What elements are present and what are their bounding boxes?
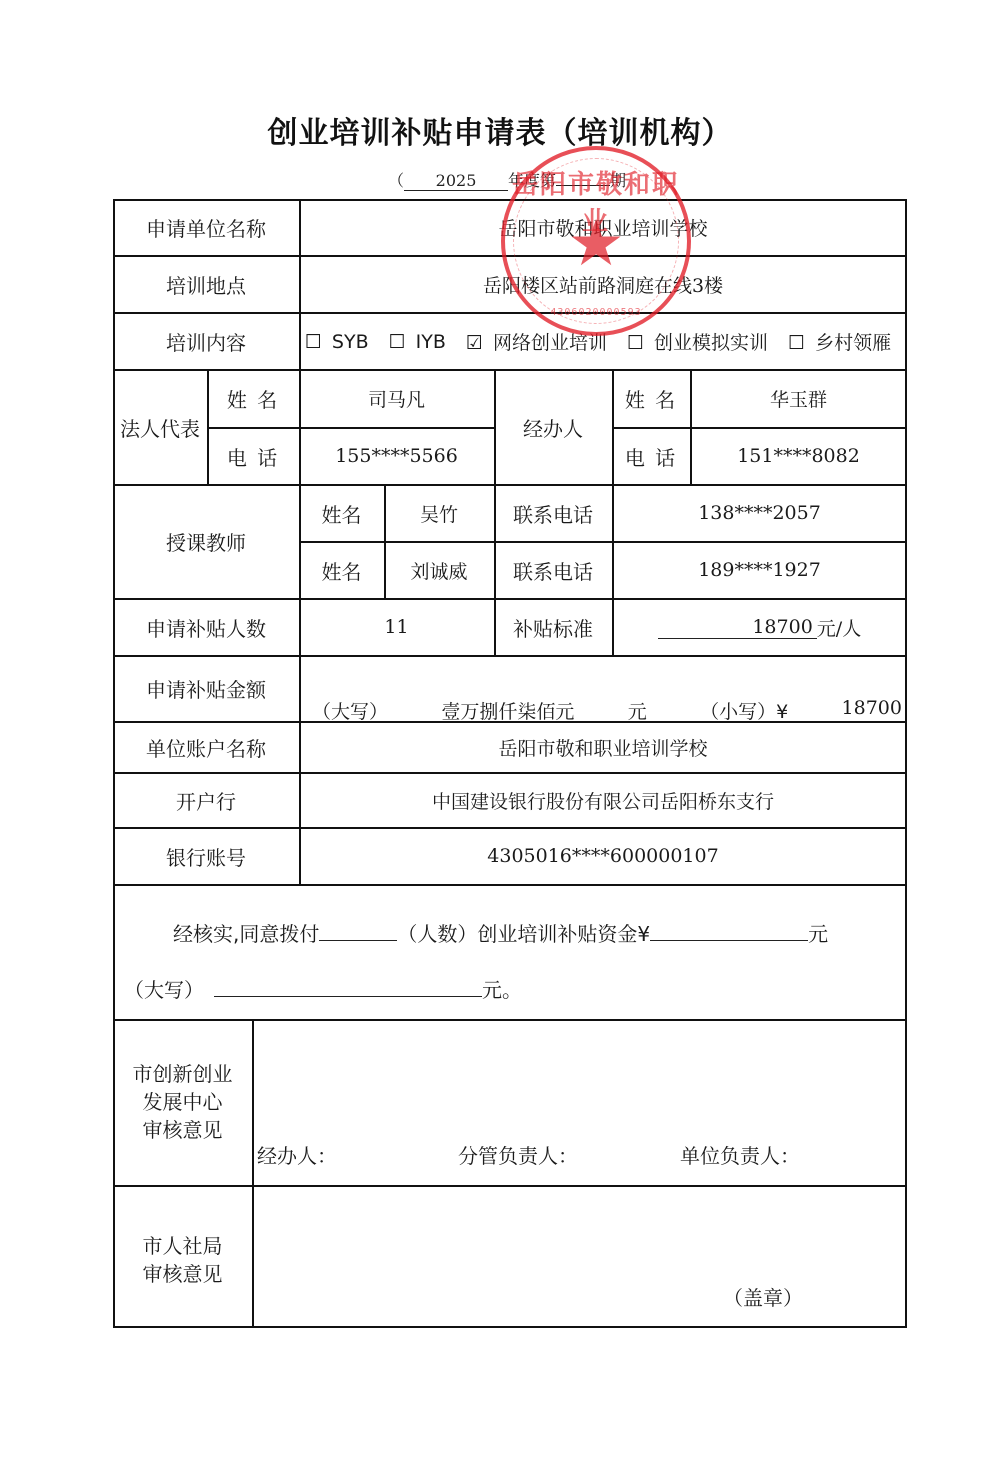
training-content-label: 培训内容 <box>113 313 299 370</box>
teacher-2-name-field[interactable]: 刘诚威 <box>384 542 494 598</box>
approval-yuan: 元 <box>808 922 828 946</box>
option-syb[interactable]: ☐SYB <box>305 331 379 353</box>
divider <box>113 1185 907 1187</box>
training-content-options: ☐SYB ☐IYB ☑网络创业培训 ☐创业模拟实训 ☐乡村领雁 <box>299 313 907 370</box>
divider <box>113 884 907 886</box>
teacher-1-name-label: 姓名 <box>299 485 384 541</box>
checkbox-icon[interactable]: ☐ <box>305 331 322 353</box>
approval-count-unit: （人数）创业培训补贴资金¥ <box>397 922 650 946</box>
option-online-entrepreneurship[interactable]: ☑网络创业培训 <box>466 328 617 355</box>
form-subtitle: （2025年度第期 <box>388 168 626 191</box>
account-number-field[interactable]: 4305016****600000107 <box>299 828 907 884</box>
approved-count-field[interactable] <box>319 920 397 941</box>
handler-phone-label: 电 话 <box>612 428 690 484</box>
amount-lower-label: （小写）¥ <box>700 697 788 724</box>
checkbox-icon[interactable]: ☐ <box>788 332 805 354</box>
subsidy-standard-field[interactable]: 18700 <box>658 616 817 639</box>
account-name-field[interactable]: 岳阳市敬和职业培训学校 <box>299 722 907 773</box>
option-simulation-training[interactable]: ☐创业模拟实训 <box>627 328 778 355</box>
divider <box>113 1019 907 1021</box>
center-review-label: 市创新创业 发展中心 审核意见 <box>113 1060 252 1144</box>
amount-upper-label: （大写） <box>312 697 388 724</box>
subsidy-count-field[interactable]: 11 <box>299 599 494 655</box>
checkbox-icon[interactable]: ☐ <box>389 331 406 353</box>
legal-rep-name-label: 姓 名 <box>207 370 299 427</box>
amount-lower-field[interactable]: 18700 <box>842 697 902 724</box>
teacher-1-phone-field[interactable]: 138****2057 <box>612 485 907 541</box>
hrss-review-label: 市人社局 审核意见 <box>113 1232 252 1288</box>
option-iyb[interactable]: ☐IYB <box>389 331 456 353</box>
handler-label: 经办人 <box>494 370 612 484</box>
period-field <box>556 185 610 186</box>
approved-amount-upper-field[interactable] <box>214 976 482 997</box>
form-title: 创业培训补贴申请表（培训机构） <box>0 108 1000 152</box>
approval-upper-label: （大写） <box>124 978 204 1002</box>
legal-rep-phone-field[interactable]: 155****5566 <box>299 428 494 484</box>
checkbox-icon[interactable]: ☐ <box>627 332 644 354</box>
center-handler-signature[interactable]: 经办人： <box>257 1140 337 1169</box>
legal-rep-name-field[interactable]: 司马凡 <box>299 370 494 427</box>
training-location-label: 培训地点 <box>113 256 299 313</box>
legal-rep-phone-label: 电 话 <box>207 428 299 484</box>
seal-label: （盖章） <box>723 1282 803 1311</box>
applicant-name-field[interactable]: 岳阳市敬和职业培训学校 <box>299 199 907 256</box>
handler-name-label: 姓 名 <box>612 370 690 427</box>
approval-line-1: 经核实,同意拨付（人数）创业培训补贴资金¥元 <box>173 918 828 947</box>
approved-amount-field[interactable] <box>650 920 808 941</box>
year-field: 2025 <box>404 172 508 191</box>
period-suffix: 期 <box>610 171 626 190</box>
approval-upper-yuan: 元。 <box>482 978 522 1002</box>
account-name-label: 单位账户名称 <box>113 722 299 773</box>
year-suffix: 年度第 <box>508 171 556 190</box>
divider <box>252 1019 254 1328</box>
subtitle-paren: （ <box>388 171 404 190</box>
approval-prefix: 经核实,同意拨付 <box>173 922 319 946</box>
approval-line-2: （大写）元。 <box>124 974 522 1003</box>
amount-upper-unit: 元 <box>628 697 647 724</box>
teachers-label: 授课教师 <box>113 485 299 598</box>
legal-rep-label: 法人代表 <box>113 370 207 484</box>
center-supervisor-signature[interactable]: 分管负责人： <box>458 1140 578 1169</box>
subsidy-amount-label: 申请补贴金额 <box>113 656 299 722</box>
account-number-label: 银行账号 <box>113 828 299 884</box>
applicant-name-label: 申请单位名称 <box>113 199 299 256</box>
teacher-1-phone-label: 联系电话 <box>494 485 612 541</box>
subsidy-standard-unit: 元/人 <box>817 614 861 641</box>
teacher-1-name-field[interactable]: 吴竹 <box>384 485 494 541</box>
subsidy-amount-row: （大写） 壹万捌仟柒佰元 元 （小写）¥ 18700 <box>312 697 902 724</box>
subsidy-standard-label: 补贴标准 <box>494 599 612 655</box>
amount-upper-field[interactable]: 壹万捌仟柒佰元 <box>441 697 574 724</box>
option-rural-leader[interactable]: ☐乡村领雁 <box>788 328 901 355</box>
subsidy-standard-cell: 18700元/人 <box>612 599 907 655</box>
training-location-field[interactable]: 岳阳楼区站前路洞庭在线3楼 <box>299 256 907 313</box>
subsidy-count-label: 申请补贴人数 <box>113 599 299 655</box>
checked-checkbox-icon[interactable]: ☑ <box>466 332 483 354</box>
bank-label: 开户行 <box>113 773 299 828</box>
center-unit-head-signature[interactable]: 单位负责人： <box>680 1140 800 1169</box>
teacher-2-phone-field[interactable]: 189****1927 <box>612 542 907 598</box>
bank-field[interactable]: 中国建设银行股份有限公司岳阳桥东支行 <box>299 773 907 828</box>
handler-name-field[interactable]: 华玉群 <box>690 370 907 427</box>
handler-phone-field[interactable]: 151****8082 <box>690 428 907 484</box>
teacher-2-name-label: 姓名 <box>299 542 384 598</box>
teacher-2-phone-label: 联系电话 <box>494 542 612 598</box>
